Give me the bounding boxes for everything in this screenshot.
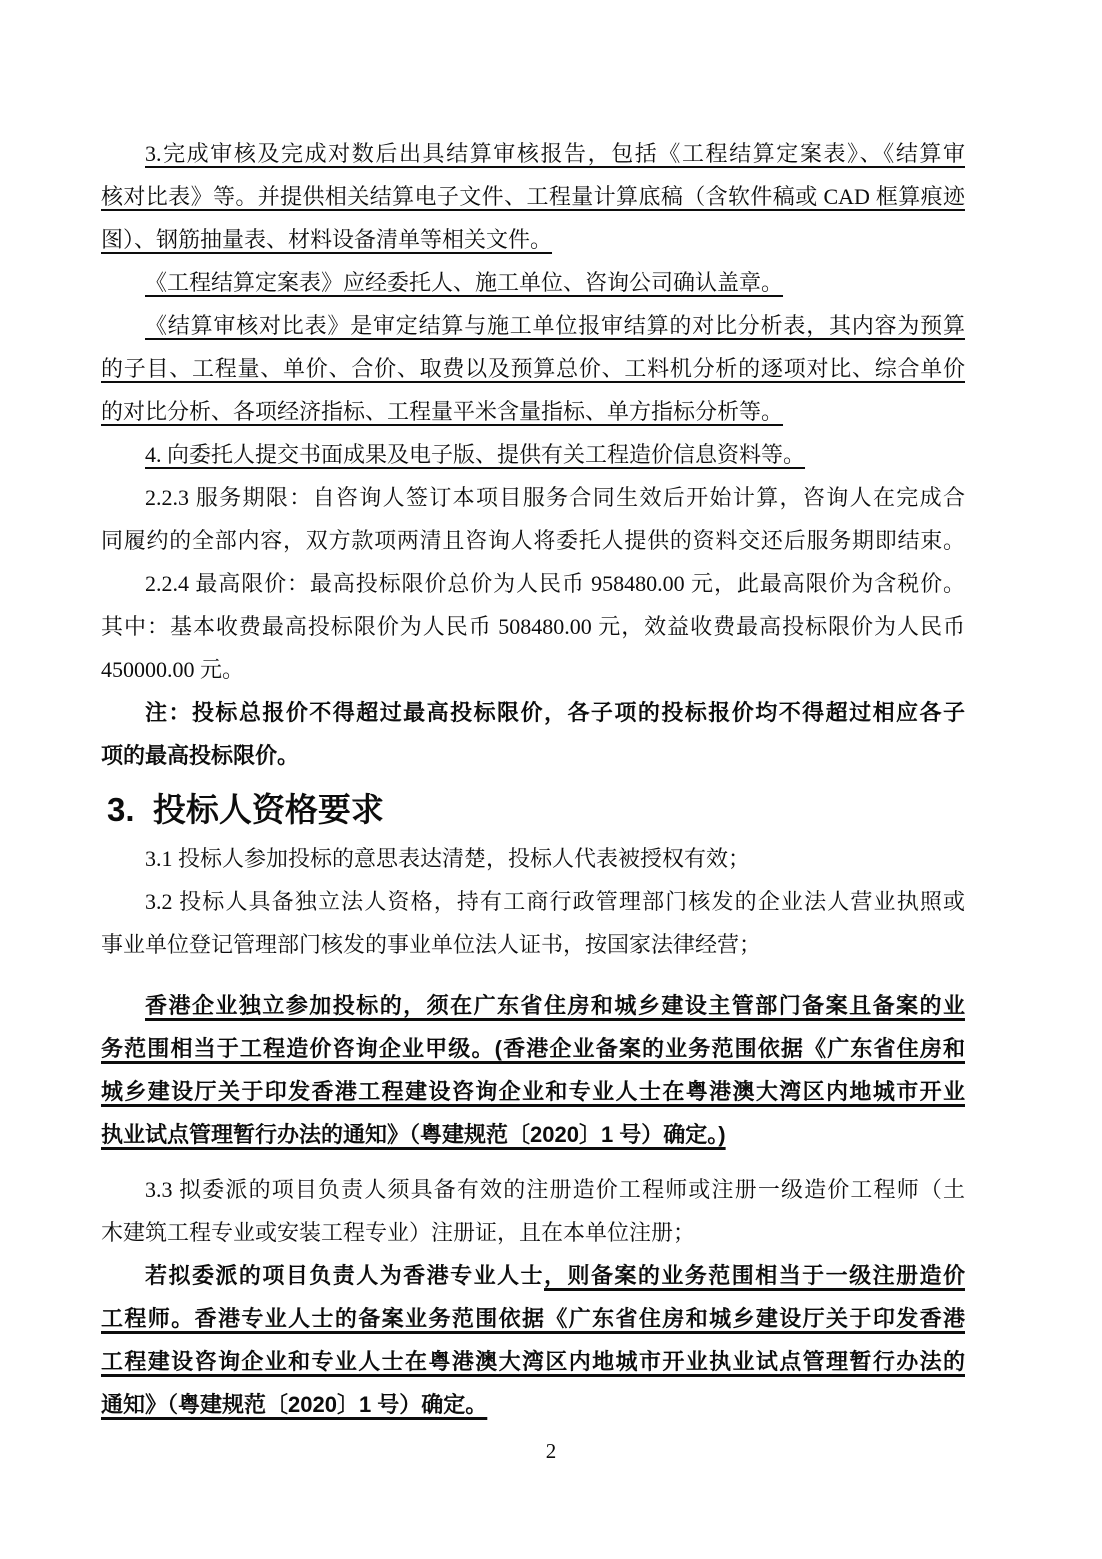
text-line: 核对比表》等。并提供相关结算电子文件、工程量计算底稿（含软件稿或 CAD 框算痕…: [101, 175, 965, 218]
underlined-text: 的对比分析、各项经济指标、工程量平米含量指标、单方指标分析等。: [101, 399, 783, 424]
text-segment: 其中：基本收费最高投标限价为人民币 508480.00 元，效益收费最高投标限价…: [101, 614, 965, 639]
text-line: 的子目、工程量、单价、合价、取费以及预算总价、工料机分析的逐项对比、综合单价: [101, 347, 965, 390]
underlined-text: 工程建设咨询企业和专业人士在粤港澳大湾区内地城市开业执业试点管理暂行办法的: [101, 1349, 965, 1374]
text-line: 若拟委派的项目负责人为香港专业人士，则备案的业务范围相当于一级注册造价: [101, 1254, 965, 1297]
underlined-text: 务范围相当于工程造价咨询企业甲级。(香港企业备案的业务范围依据《广东省住房和: [101, 1036, 965, 1061]
text-segment: 450000.00 元。: [101, 657, 244, 682]
underlined-text: 的子目、工程量、单价、合价、取费以及预算总价、工料机分析的逐项对比、综合单价: [101, 356, 965, 381]
text-line: 《结算审核对比表》是审定结算与施工单位报审结算的对比分析表，其内容为预算: [101, 304, 965, 347]
text-line: 3.3 拟委派的项目负责人须具备有效的注册造价工程师或注册一级造价工程师（土: [101, 1168, 965, 1211]
text-segment: 3.3 拟委派的项目负责人须具备有效的注册造价工程师或注册一级造价工程师（土: [145, 1177, 965, 1202]
text-segment: 2.2.4 最高限价：最高投标限价总价为人民币 958480.00 元，此最高限…: [145, 571, 965, 596]
text-segment: 若拟委派的项目负责人为香港专业人士: [145, 1263, 544, 1288]
underlined-text: 图）、钢筋抽量表、材料设备清单等相关文件。: [101, 227, 552, 252]
para-settlement-audit-report: 3.完成审核及完成对数后出具结算审核报告，包括《工程结算定案表》、《结算审核对比…: [101, 132, 965, 261]
text-segment: 3.2 投标人具备独立法人资格，持有工商行政管理部门核发的企业法人营业执照或: [145, 889, 965, 914]
text-line: 务范围相当于工程造价咨询企业甲级。(香港企业备案的业务范围依据《广东省住房和: [101, 1027, 965, 1070]
underlined-text: 4. 向委托人提交书面成果及电子版、提供有关工程造价信息资料等。: [145, 442, 805, 467]
text-line: 通知》（粤建规范〔2020〕1 号）确定。: [101, 1383, 965, 1426]
text-segment: 项的最高投标限价。: [101, 743, 299, 768]
para-price-note: 注：投标总报价不得超过最高投标限价，各子项的投标报价均不得超过相应各子项的最高投…: [101, 691, 965, 777]
underlined-text: 《结算审核对比表》是审定结算与施工单位报审结算的对比分析表，其内容为预算: [145, 313, 965, 338]
page: 3.完成审核及完成对数后出具结算审核报告，包括《工程结算定案表》、《结算审核对比…: [0, 0, 1102, 1559]
text-line: 3.完成审核及完成对数后出具结算审核报告，包括《工程结算定案表》、《结算审: [101, 132, 965, 175]
text-line: 事业单位登记管理部门核发的事业单位法人证书，按国家法律经营；: [101, 923, 965, 966]
text-line: 450000.00 元。: [101, 648, 965, 691]
text-segment: 事业单位登记管理部门核发的事业单位法人证书，按国家法律经营；: [101, 932, 761, 957]
text-line: 《工程结算定案表》应经委托人、施工单位、咨询公司确认盖章。: [101, 261, 965, 304]
underlined-text: 香港企业独立参加投标的，须在广东省住房和城乡建设主管部门备案且备案的业: [145, 993, 965, 1018]
text-line: 2.2.4 最高限价：最高投标限价总价为人民币 958480.00 元，此最高限…: [101, 562, 965, 605]
underlined-text: 3.完成审核及完成对数后出具结算审核报告，包括《工程结算定案表》、《结算审: [145, 141, 965, 166]
para-3-3: 3.3 拟委派的项目负责人须具备有效的注册造价工程师或注册一级造价工程师（土木建…: [101, 1168, 965, 1254]
text-segment: 同履约的全部内容，双方款项两清且咨询人将委托人提供的资料交还后服务期即结束。: [101, 528, 965, 553]
text-segment: 3. 投标人资格要求: [107, 791, 384, 828]
text-line: 同履约的全部内容，双方款项两清且咨询人将委托人提供的资料交还后服务期即结束。: [101, 519, 965, 562]
para-final-statement-confirmation: 《工程结算定案表》应经委托人、施工单位、咨询公司确认盖章。: [101, 261, 965, 304]
text-line: 城乡建设厅关于印发香港工程建设咨询企业和专业人士在粤港澳大湾区内地城市开业: [101, 1070, 965, 1113]
text-line: 工程师。香港专业人士的备案业务范围依据《广东省住房和城乡建设厅关于印发香港: [101, 1297, 965, 1340]
para-hk-professional: 若拟委派的项目负责人为香港专业人士，则备案的业务范围相当于一级注册造价工程师。香…: [101, 1254, 965, 1426]
page-number: 2: [0, 1438, 1102, 1464]
para-3-1: 3.1 投标人参加投标的意思表达清楚，投标人代表被授权有效；: [101, 837, 965, 880]
underlined-text: 城乡建设厅关于印发香港工程建设咨询企业和专业人士在粤港澳大湾区内地城市开业: [101, 1079, 965, 1104]
text-line: 3.2 投标人具备独立法人资格，持有工商行政管理部门核发的企业法人营业执照或: [101, 880, 965, 923]
underlined-text: 工程师。香港专业人士的备案业务范围依据《广东省住房和城乡建设厅关于印发香港: [101, 1306, 965, 1331]
underlined-text: ，则备案的业务范围相当于一级注册造价: [544, 1263, 965, 1288]
text-line: 3.1 投标人参加投标的意思表达清楚，投标人代表被授权有效；: [101, 837, 965, 880]
text-line: 执业试点管理暂行办法的通知》（粤建规范〔2020〕1 号）确定。): [101, 1113, 965, 1156]
para-3-2: 3.2 投标人具备独立法人资格，持有工商行政管理部门核发的企业法人营业执照或事业…: [101, 880, 965, 966]
text-line: 3. 投标人资格要求: [107, 783, 965, 837]
text-line: 香港企业独立参加投标的，须在广东省住房和城乡建设主管部门备案且备案的业: [101, 984, 965, 1027]
heading-bidder-qualification: 3. 投标人资格要求: [101, 783, 965, 837]
underlined-text: 执业试点管理暂行办法的通知》（粤建规范〔2020〕1 号）确定。): [101, 1122, 726, 1147]
text-segment: 木建筑工程专业或安装工程专业）注册证，且在本单位注册；: [101, 1220, 695, 1245]
text-line: 图）、钢筋抽量表、材料设备清单等相关文件。: [101, 218, 965, 261]
underlined-text: 《工程结算定案表》应经委托人、施工单位、咨询公司确认盖章。: [145, 270, 783, 295]
text-line: 2.2.3 服务期限：自咨询人签订本项目服务合同生效后开始计算，咨询人在完成合: [101, 476, 965, 519]
para-service-period-223: 2.2.3 服务期限：自咨询人签订本项目服务合同生效后开始计算，咨询人在完成合同…: [101, 476, 965, 562]
text-line: 其中：基本收费最高投标限价为人民币 508480.00 元，效益收费最高投标限价…: [101, 605, 965, 648]
underlined-text: 通知》（粤建规范〔2020〕1 号）确定。: [101, 1392, 487, 1417]
underlined-text: 核对比表》等。并提供相关结算电子文件、工程量计算底稿（含软件稿或 CAD 框算痕…: [101, 184, 965, 209]
text-line: 注：投标总报价不得超过最高投标限价，各子项的投标报价均不得超过相应各子: [101, 691, 965, 734]
text-line: 项的最高投标限价。: [101, 734, 965, 777]
para-deliverables: 4. 向委托人提交书面成果及电子版、提供有关工程造价信息资料等。: [101, 433, 965, 476]
para-hk-enterprise: 香港企业独立参加投标的，须在广东省住房和城乡建设主管部门备案且备案的业务范围相当…: [101, 984, 965, 1156]
text-segment: 3.1 投标人参加投标的意思表达清楚，投标人代表被授权有效；: [145, 846, 750, 871]
text-line: 工程建设咨询企业和专业人士在粤港澳大湾区内地城市开业执业试点管理暂行办法的: [101, 1340, 965, 1383]
text-line: 的对比分析、各项经济指标、工程量平米含量指标、单方指标分析等。: [101, 390, 965, 433]
text-segment: 2.2.3 服务期限：自咨询人签订本项目服务合同生效后开始计算，咨询人在完成合: [145, 485, 965, 510]
document-content: 3.完成审核及完成对数后出具结算审核报告，包括《工程结算定案表》、《结算审核对比…: [101, 132, 965, 1426]
para-comparison-table-description: 《结算审核对比表》是审定结算与施工单位报审结算的对比分析表，其内容为预算的子目、…: [101, 304, 965, 433]
para-max-price-224: 2.2.4 最高限价：最高投标限价总价为人民币 958480.00 元，此最高限…: [101, 562, 965, 691]
text-line: 木建筑工程专业或安装工程专业）注册证，且在本单位注册；: [101, 1211, 965, 1254]
text-line: 4. 向委托人提交书面成果及电子版、提供有关工程造价信息资料等。: [101, 433, 965, 476]
text-segment: 注：投标总报价不得超过最高投标限价，各子项的投标报价均不得超过相应各子: [145, 700, 965, 725]
